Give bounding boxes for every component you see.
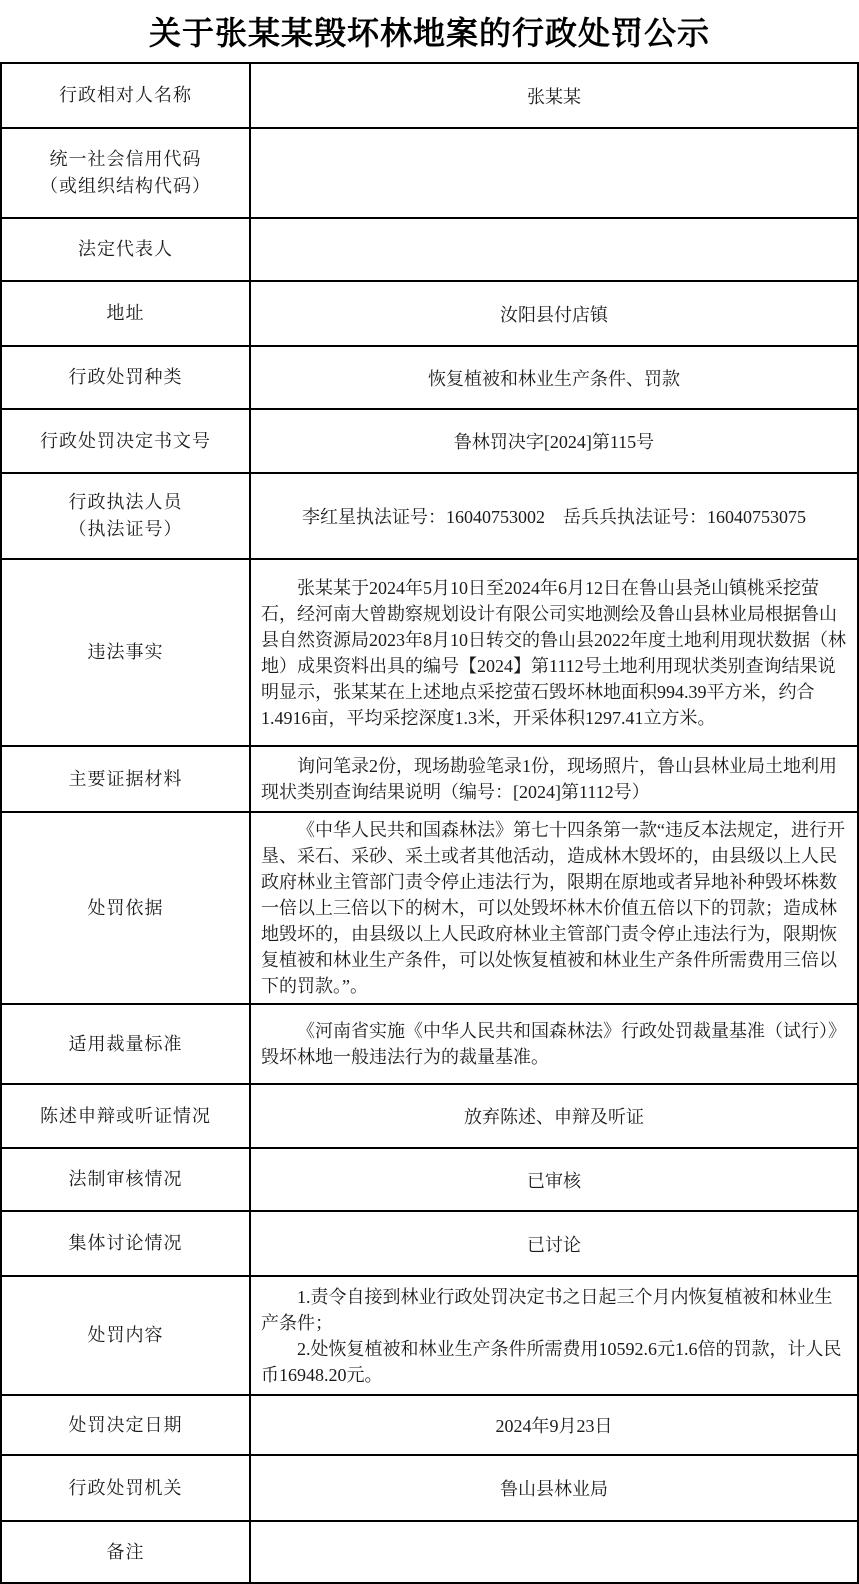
- paragraph: 《河南省实施《中华人民共和国森林法》行政处罚裁量基准（试行）》毁坏林地一般违法行…: [261, 1018, 847, 1070]
- row-value: 2024年9月23日: [250, 1395, 858, 1455]
- row-label: 违法事实: [1, 559, 250, 746]
- row-value: 汝阳县付店镇: [250, 281, 858, 346]
- row-label: 法定代表人: [1, 218, 250, 281]
- row-label: 行政处罚机关: [1, 1455, 250, 1521]
- row-value: 《中华人民共和国森林法》第七十四条第一款“违反本法规定，进行开垦、采石、采砂、采…: [250, 812, 858, 1004]
- row-discretion-standard: 适用裁量标准 《河南省实施《中华人民共和国森林法》行政处罚裁量基准（试行）》毁坏…: [1, 1004, 858, 1084]
- row-value: 1.责令自接到林业行政处罚决定书之日起三个月内恢复植被和林业生产条件； 2.处恢…: [250, 1276, 858, 1395]
- row-value: 鲁山县林业局: [250, 1455, 858, 1521]
- row-value: 张某某于2024年5月10日至2024年6月12日在鲁山县尧山镇桃采挖萤石，经河…: [250, 559, 858, 746]
- row-legal-review: 法制审核情况 已审核: [1, 1148, 858, 1211]
- row-decision-doc-number: 行政处罚决定书文号 鲁林罚决字[2024]第115号: [1, 409, 858, 473]
- row-illegal-facts: 违法事实 张某某于2024年5月10日至2024年6月12日在鲁山县尧山镇桃采挖…: [1, 559, 858, 746]
- row-label: 处罚决定日期: [1, 1395, 250, 1455]
- row-value: 鲁林罚决字[2024]第115号: [250, 409, 858, 473]
- row-label: 主要证据材料: [1, 746, 250, 812]
- row-party-name: 行政相对人名称 张某某: [1, 63, 858, 128]
- row-label: 陈述申辩或听证情况: [1, 1084, 250, 1148]
- row-value: 《河南省实施《中华人民共和国森林法》行政处罚裁量基准（试行）》毁坏林地一般违法行…: [250, 1004, 858, 1084]
- row-label: 行政处罚种类: [1, 346, 250, 409]
- penalty-notice-page: 关于张某某毁坏林地案的行政处罚公示 行政相对人名称 张某某 统一社会信用代码 （…: [0, 0, 859, 1584]
- row-enforcement-officers: 行政执法人员 （执法证号） 李红星执法证号：16040753002 岳兵兵执法证…: [1, 473, 858, 559]
- row-remarks: 备注: [1, 1521, 858, 1583]
- row-penalty-authority: 行政处罚机关 鲁山县林业局: [1, 1455, 858, 1521]
- paragraph: 2.处恢复植被和林业生产条件所需费用10592.6元1.6倍的罚款，计人民币16…: [261, 1336, 847, 1388]
- row-statement-hearing: 陈述申辩或听证情况 放弃陈述、申辩及听证: [1, 1084, 858, 1148]
- paragraph: 《中华人民共和国森林法》第七十四条第一款“违反本法规定，进行开垦、采石、采砂、采…: [261, 817, 847, 999]
- row-label: 处罚依据: [1, 812, 250, 1004]
- row-label: 处罚内容: [1, 1276, 250, 1395]
- row-penalty-basis: 处罚依据 《中华人民共和国森林法》第七十四条第一款“违反本法规定，进行开垦、采石…: [1, 812, 858, 1004]
- paragraph: 1.责令自接到林业行政处罚决定书之日起三个月内恢复植被和林业生产条件；: [261, 1284, 847, 1336]
- row-penalty-content: 处罚内容 1.责令自接到林业行政处罚决定书之日起三个月内恢复植被和林业生产条件；…: [1, 1276, 858, 1395]
- row-value: 李红星执法证号：16040753002 岳兵兵执法证号：16040753075: [250, 473, 858, 559]
- row-value: 已讨论: [250, 1211, 858, 1276]
- row-value: [250, 1521, 858, 1583]
- row-label: 法制审核情况: [1, 1148, 250, 1211]
- row-penalty-type: 行政处罚种类 恢复植被和林业生产条件、罚款: [1, 346, 858, 409]
- row-address: 地址 汝阳县付店镇: [1, 281, 858, 346]
- paragraph: 询问笔录2份，现场勘验笔录1份，现场照片，鲁山县林业局土地利用现状类别查询结果说…: [261, 753, 847, 805]
- row-label: 行政处罚决定书文号: [1, 409, 250, 473]
- row-value: [250, 128, 858, 218]
- row-value: [250, 218, 858, 281]
- row-legal-representative: 法定代表人: [1, 218, 858, 281]
- row-label: 集体讨论情况: [1, 1211, 250, 1276]
- row-credit-code: 统一社会信用代码 （或组织结构代码）: [1, 128, 858, 218]
- paragraph: 张某某于2024年5月10日至2024年6月12日在鲁山县尧山镇桃采挖萤石，经河…: [261, 575, 847, 731]
- row-value: 已审核: [250, 1148, 858, 1211]
- row-label: 统一社会信用代码 （或组织结构代码）: [1, 128, 250, 218]
- row-value: 张某某: [250, 63, 858, 128]
- row-value: 询问笔录2份，现场勘验笔录1份，现场照片，鲁山县林业局土地利用现状类别查询结果说…: [250, 746, 858, 812]
- row-value: 恢复植被和林业生产条件、罚款: [250, 346, 858, 409]
- row-evidence-materials: 主要证据材料 询问笔录2份，现场勘验笔录1份，现场照片，鲁山县林业局土地利用现状…: [1, 746, 858, 812]
- row-collective-discussion: 集体讨论情况 已讨论: [1, 1211, 858, 1276]
- page-title: 关于张某某毁坏林地案的行政处罚公示: [0, 0, 859, 62]
- row-label: 备注: [1, 1521, 250, 1583]
- row-label: 行政执法人员 （执法证号）: [1, 473, 250, 559]
- row-label: 行政相对人名称: [1, 63, 250, 128]
- penalty-notice-table: 行政相对人名称 张某某 统一社会信用代码 （或组织结构代码） 法定代表人 地址 …: [0, 62, 859, 1584]
- row-value: 放弃陈述、申辩及听证: [250, 1084, 858, 1148]
- row-label: 适用裁量标准: [1, 1004, 250, 1084]
- row-decision-date: 处罚决定日期 2024年9月23日: [1, 1395, 858, 1455]
- row-label: 地址: [1, 281, 250, 346]
